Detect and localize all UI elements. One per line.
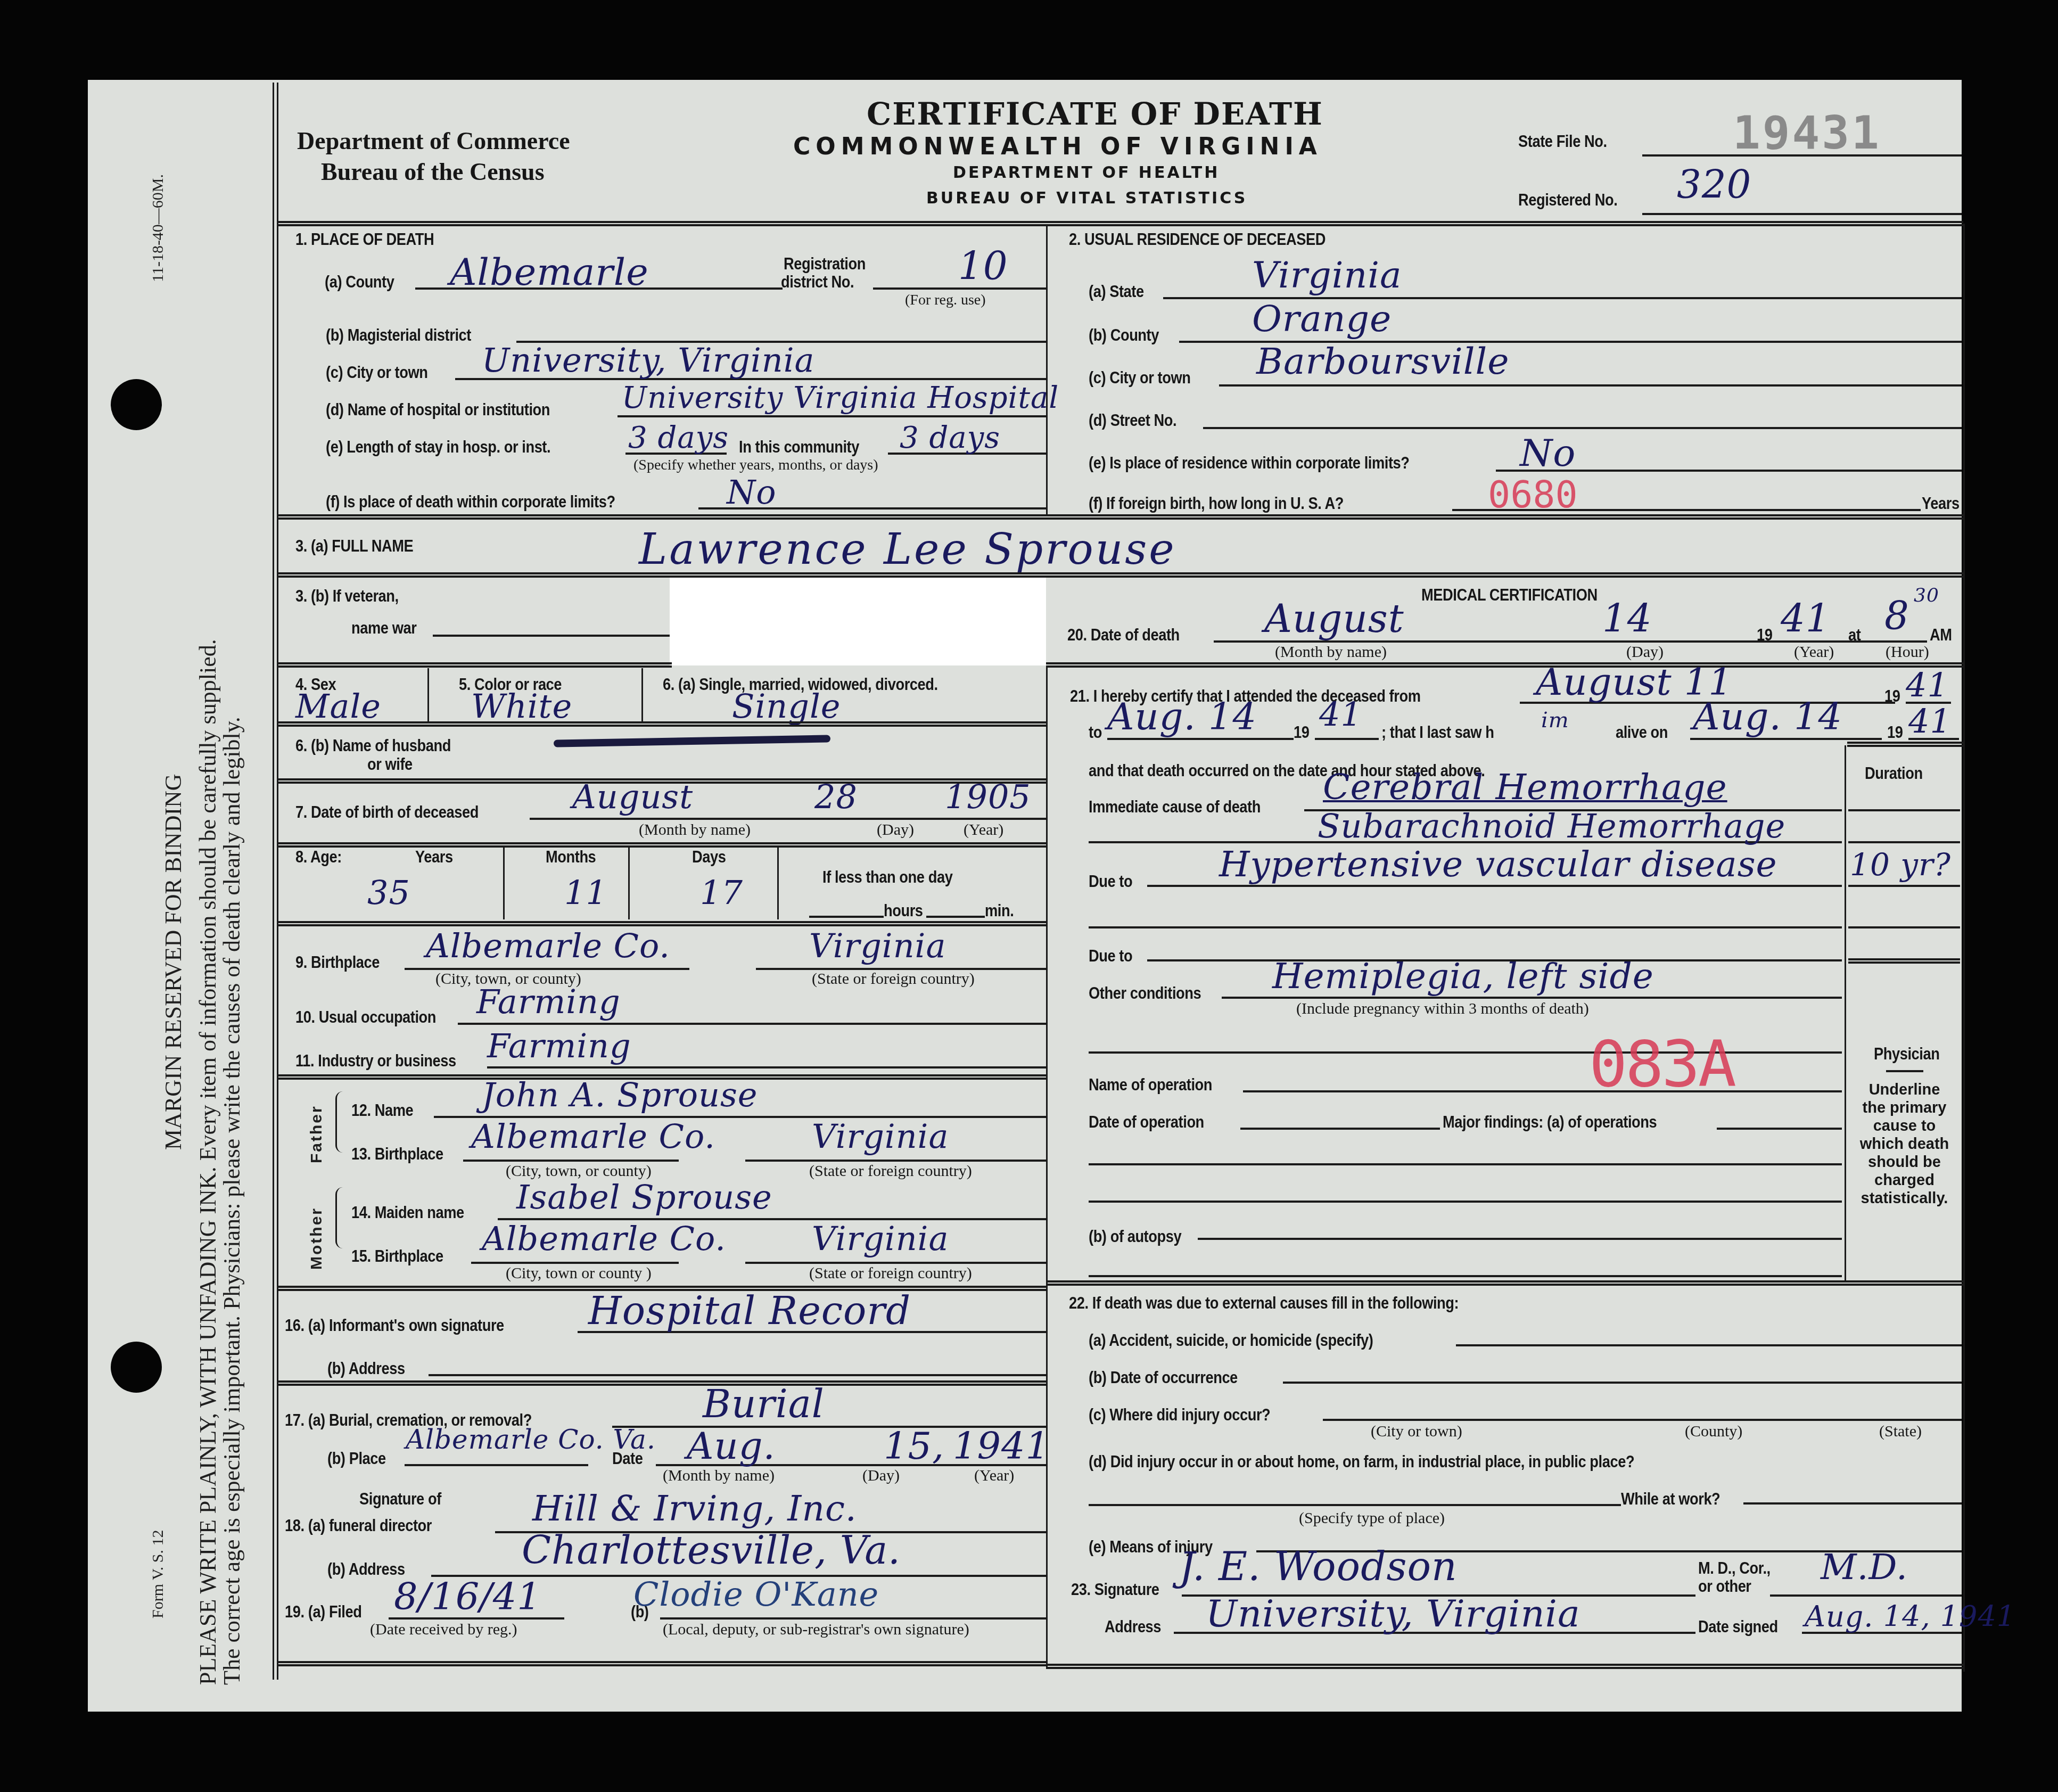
burial-year-note: (Year) xyxy=(974,1467,1014,1485)
burial-month-note: (Month by name) xyxy=(663,1467,775,1485)
res-corporate-label: (e) Is place of residence within corpora… xyxy=(1089,454,1410,473)
stay-community[interactable]: 3 days xyxy=(900,421,1000,455)
header-rule xyxy=(278,221,1963,226)
reg-district-label-1: Registration xyxy=(784,254,866,274)
from-year-prefix: 19 xyxy=(1884,687,1900,706)
death-county[interactable]: Albemarle xyxy=(450,250,649,294)
certifier-signature[interactable]: J. E. Woodson xyxy=(1179,1544,1458,1590)
punch-hole-bottom xyxy=(111,1342,162,1393)
death-city-label: (c) City or town xyxy=(326,363,427,382)
mother-label: Mother xyxy=(308,1207,326,1270)
findings-line-2 xyxy=(1089,1163,1842,1165)
bureau: BUREAU OF VITAL STATISTICS xyxy=(926,189,1247,208)
occupation-line xyxy=(458,1023,1046,1025)
duration-label: Duration xyxy=(1865,764,1923,783)
to-year-line xyxy=(1315,738,1379,740)
father-brace xyxy=(335,1091,344,1153)
pregnancy-note: (Include pregnancy within 3 months of de… xyxy=(1296,1000,1589,1018)
certifier-title-line xyxy=(1770,1594,1962,1597)
dod-at-label: at xyxy=(1848,626,1861,645)
work-label: While at work? xyxy=(1621,1490,1720,1509)
duration-line-3 xyxy=(1848,885,1960,887)
alive-label: alive on xyxy=(1616,723,1668,742)
instruction-line-1: PLEASE WRITE PLAINLY, WITH UNFADING INK.… xyxy=(194,639,221,1685)
age-years-label: Years xyxy=(415,848,453,867)
findings-line-3 xyxy=(1089,1201,1842,1203)
last-saw-label: ; that I last saw h xyxy=(1381,723,1494,742)
filed-label: 19. (a) Filed xyxy=(285,1602,361,1622)
where-state-note: (State) xyxy=(1879,1423,1922,1441)
other-conditions-line xyxy=(1222,997,1842,999)
section-2-rule xyxy=(278,514,1963,520)
mother-name-label: 14. Maiden name xyxy=(351,1203,464,1222)
duration-line-2 xyxy=(1848,841,1960,843)
stay-note: (Specify whether years, months, or days) xyxy=(633,457,878,474)
form-right-border xyxy=(1963,224,1965,1672)
full-name-rule xyxy=(278,572,1963,578)
age-months[interactable]: 11 xyxy=(564,873,607,912)
form-id: Form V. S. 12 xyxy=(149,1530,167,1618)
burial-type[interactable]: Burial xyxy=(703,1382,825,1426)
res-city-label: (c) City or town xyxy=(1089,368,1190,388)
state-file-label: State File No. xyxy=(1518,132,1607,151)
sex-divider xyxy=(427,668,429,721)
autopsy-line xyxy=(1198,1238,1842,1240)
dob-line xyxy=(530,818,1046,820)
funeral-address[interactable]: Charlottesville, Va. xyxy=(522,1528,901,1573)
dob-month[interactable]: August xyxy=(572,777,693,816)
industry-label: 11. Industry or business xyxy=(295,1051,456,1071)
burial-place-line xyxy=(405,1464,588,1466)
race-divider xyxy=(641,668,643,721)
dod-year[interactable]: 41 xyxy=(1781,596,1831,641)
state-file-no: 19431 xyxy=(1733,106,1881,160)
mother-state-note: (State or foreign country) xyxy=(809,1264,972,1283)
certifier-title-label-2: or other xyxy=(1698,1577,1751,1596)
mother-name[interactable]: Isabel Sprouse xyxy=(516,1178,772,1216)
res-county-label: (b) County xyxy=(1089,326,1159,345)
industry-line xyxy=(487,1066,1046,1068)
due-to-line-1 xyxy=(1147,885,1842,887)
certifier-signature-label: 23. Signature xyxy=(1071,1580,1159,1599)
hospital-line xyxy=(618,415,1046,417)
age-divider-1 xyxy=(503,848,505,919)
res-city-line xyxy=(1219,384,1962,387)
date-signed[interactable]: Aug. 14, 1941 xyxy=(1805,1600,2015,1633)
father-name[interactable]: John A. Sprouse xyxy=(482,1075,758,1114)
sex-value[interactable]: Male xyxy=(295,687,381,726)
dob-rule xyxy=(278,842,1046,848)
due-to-1[interactable]: Hypertensive vascular disease xyxy=(1219,844,1777,885)
birthplace-city[interactable]: Albemarle Co. xyxy=(426,926,670,965)
informant-signature-label: 16. (a) Informant's own signature xyxy=(285,1316,504,1335)
death-city[interactable]: University, Virginia xyxy=(482,341,815,380)
stay-label: (e) Length of stay in hosp. or inst. xyxy=(326,438,550,457)
funeral-director[interactable]: Hill & Irving, Inc. xyxy=(532,1488,857,1529)
medical-heading: MEDICAL CERTIFICATION xyxy=(1421,586,1598,605)
instruction-line-2: The correct age is especially important.… xyxy=(218,717,245,1685)
reg-district-no[interactable]: 10 xyxy=(958,244,1008,289)
death-corporate[interactable]: No xyxy=(727,473,777,512)
dod-month-note: (Month by name) xyxy=(1275,643,1387,661)
place-type-note: (Specify type of place) xyxy=(1299,1509,1445,1527)
dod-ampm: AM xyxy=(1930,626,1952,645)
veteran-rule xyxy=(278,662,672,668)
funeral-director-label: 18. (a) funeral director xyxy=(285,1516,432,1535)
form-left-border-inner xyxy=(277,83,278,1680)
dob-year-note: (Year) xyxy=(964,821,1003,839)
full-name[interactable]: Lawrence Lee Sprouse xyxy=(639,524,1176,574)
min-line xyxy=(926,916,985,918)
bottom-rule-left xyxy=(278,1661,1046,1666)
mother-bp-state-line xyxy=(745,1262,1046,1264)
mother-bp-label: 15. Birthplace xyxy=(351,1247,443,1266)
burial-date-month[interactable]: Aug. xyxy=(687,1424,776,1468)
hours-line xyxy=(809,916,884,918)
findings-label: Major findings: (a) of operations xyxy=(1443,1113,1657,1132)
immediate-cause[interactable]: Cerebral Hemorrhage xyxy=(1323,767,1727,808)
place-heading: 1. PLACE OF DEATH xyxy=(295,230,434,249)
magisterial-label: (b) Magisterial district xyxy=(326,326,471,345)
res-street-label: (d) Street No. xyxy=(1089,411,1176,430)
immediate-cause-2[interactable]: Subarachnoid Hemorrhage xyxy=(1318,807,1785,845)
occurrence-label: (b) Date of occurrence xyxy=(1089,1368,1238,1387)
burial-date-year[interactable]: 1941 xyxy=(953,1424,1050,1468)
res-county[interactable]: Orange xyxy=(1252,298,1392,340)
alive-year-prefix: 19 xyxy=(1887,723,1903,742)
hours-label: hours xyxy=(884,901,923,920)
full-name-label: 3. (a) FULL NAME xyxy=(295,537,413,556)
registered-no: 320 xyxy=(1677,162,1751,207)
findings-line xyxy=(1717,1128,1842,1130)
last-saw-pronoun[interactable]: im xyxy=(1541,708,1569,733)
occurrence-line xyxy=(1283,1382,1962,1384)
operation-line xyxy=(1243,1090,1842,1092)
sex-rule xyxy=(278,721,1046,727)
certifier-title[interactable]: M.D. xyxy=(1821,1547,1908,1588)
other-conditions[interactable]: Hemiplegia, left side xyxy=(1272,956,1654,997)
less-day-label: If less than one day xyxy=(822,868,952,887)
duration-divider xyxy=(1845,745,1846,1280)
informant-rule xyxy=(278,1380,1046,1386)
physician-note-title: Physician xyxy=(1874,1045,1939,1064)
registrar-note: (Local, deputy, or sub-registrar's own s… xyxy=(663,1621,969,1639)
medical-bottom-rule xyxy=(1046,1280,1963,1286)
age-divider-2 xyxy=(628,848,630,919)
physician-divider xyxy=(1886,1070,1923,1072)
operation-label: Name of operation xyxy=(1089,1075,1212,1095)
burial-date-label: Date xyxy=(612,1449,643,1468)
where-city-note: (City or town) xyxy=(1371,1423,1462,1441)
autopsy-label: (b) of autopsy xyxy=(1089,1227,1181,1246)
foreign-label: (f) If foreign birth, how long in U. S. … xyxy=(1089,494,1344,513)
work-line xyxy=(1743,1502,1962,1505)
war-label: name war xyxy=(351,619,416,638)
death-corporate-label: (f) Is place of death within corporate l… xyxy=(326,492,615,512)
alive-on[interactable]: Aug. 14 xyxy=(1693,695,1842,738)
operation-date-line xyxy=(1240,1128,1440,1130)
dob-day[interactable]: 28 xyxy=(814,777,858,816)
operation-date-label: Date of operation xyxy=(1089,1113,1204,1132)
from-year[interactable]: 41 xyxy=(1906,665,1949,704)
res-state-label: (a) State xyxy=(1089,282,1144,301)
registered-label: Registered No. xyxy=(1518,191,1617,210)
physician-note: Underline the primary cause to which dea… xyxy=(1858,1081,1951,1207)
due-to-line-1b xyxy=(1089,926,1842,928)
veteran-label: 3. (b) If veteran, xyxy=(295,587,399,606)
dod-hour[interactable]: 8 xyxy=(1884,594,1909,638)
foreign-code-stamp: 0680 xyxy=(1488,473,1578,516)
father-name-label: 12. Name xyxy=(351,1101,413,1120)
burial-day-note: (Day) xyxy=(862,1467,900,1485)
age-days[interactable]: 17 xyxy=(700,873,743,912)
filed-date[interactable]: 8/16/41 xyxy=(394,1575,541,1618)
certifier-address[interactable]: University, Virginia xyxy=(1206,1592,1580,1635)
dod-label: 20. Date of death xyxy=(1067,626,1180,645)
mother-bp-city-line xyxy=(471,1262,679,1264)
father-label: Father xyxy=(308,1105,326,1163)
age-label: 8. Age: xyxy=(295,848,342,867)
residence-heading: 2. USUAL RESIDENCE OF DECEASED xyxy=(1069,230,1326,249)
other-conditions-label: Other conditions xyxy=(1089,984,1201,1003)
binding-note: MARGIN RESERVED FOR BINDING xyxy=(160,774,187,1150)
father-state-note: (State or foreign country) xyxy=(809,1162,972,1180)
place-type-label: (d) Did injury occur in or about home, o… xyxy=(1089,1452,1634,1472)
where-county-note: (County) xyxy=(1685,1423,1742,1441)
res-corporate[interactable]: No xyxy=(1520,431,1576,475)
funeral-address-label: (b) Address xyxy=(327,1560,405,1579)
form-left-border xyxy=(273,83,274,1680)
age-rule xyxy=(278,921,1046,926)
war-line xyxy=(433,635,670,637)
dod-minutes[interactable]: 30 xyxy=(1914,585,1939,606)
jurisdiction: COMMONWEALTH OF VIRGINIA xyxy=(793,133,1322,160)
reg-district-label-2: district No. xyxy=(781,273,854,292)
father-bp-city[interactable]: Albemarle Co. xyxy=(471,1117,715,1156)
federal-dept-line2: Bureau of the Census xyxy=(321,158,545,186)
stay-hospital[interactable]: 3 days xyxy=(628,421,729,455)
date-signed-label: Date signed xyxy=(1698,1617,1778,1637)
redacted-area xyxy=(670,578,1046,665)
certificate-title: CERTIFICATE OF DEATH xyxy=(867,96,1323,132)
res-state[interactable]: Virginia xyxy=(1252,254,1402,297)
due-to-1-duration[interactable]: 10 yr? xyxy=(1850,846,1951,883)
due-to-label-2: Due to xyxy=(1089,947,1132,966)
alive-year[interactable]: 41 xyxy=(1908,702,1952,741)
registered-line xyxy=(1642,213,1962,215)
spouse-label-2: or wife xyxy=(367,755,413,774)
to-year-prefix: 19 xyxy=(1294,723,1309,742)
occupation-label: 10. Usual occupation xyxy=(295,1008,436,1027)
duration-line-1 xyxy=(1848,809,1960,811)
accident-line xyxy=(1456,1344,1962,1346)
mother-bp-state[interactable]: Virginia xyxy=(812,1219,949,1258)
industry[interactable]: Farming xyxy=(487,1026,631,1065)
top-section-divider xyxy=(1046,226,1048,516)
registrar-signature[interactable]: Clodie O'Kane xyxy=(633,1575,879,1614)
hospital-name[interactable]: University Virginia Hospital xyxy=(622,381,1059,415)
informant-address-label: (b) Address xyxy=(327,1359,405,1378)
age-months-label: Months xyxy=(546,848,596,867)
birthplace-state[interactable]: Virginia xyxy=(809,926,946,965)
dod-hour-note: (Hour) xyxy=(1886,643,1929,661)
birthplace-state-note: (State or foreign country) xyxy=(812,970,975,988)
res-street-line xyxy=(1203,427,1962,429)
immediate-label: Immediate cause of death xyxy=(1089,798,1261,817)
dod-month[interactable]: August xyxy=(1264,596,1404,641)
county-label: (a) County xyxy=(325,273,394,292)
place-type-line xyxy=(1089,1504,1621,1506)
dod-day[interactable]: 14 xyxy=(1602,596,1652,641)
age-days-label: Days xyxy=(692,848,726,867)
mother-brace xyxy=(335,1187,344,1248)
father-bp-state-line xyxy=(745,1160,1046,1162)
to-year[interactable]: 41 xyxy=(1319,695,1362,734)
duration-top-rule xyxy=(1847,742,1963,747)
dob-year[interactable]: 1905 xyxy=(945,777,1031,816)
father-bp-city-line xyxy=(463,1160,679,1162)
informant-signature[interactable]: Hospital Record xyxy=(588,1288,911,1333)
main-section-divider xyxy=(1046,665,1048,1669)
dod-day-note: (Day) xyxy=(1626,643,1664,661)
dob-label: 7. Date of birth of deceased xyxy=(295,803,479,822)
dod-year-prefix: 19 xyxy=(1757,626,1772,645)
father-bp-label: 13. Birthplace xyxy=(351,1145,443,1164)
dod-year-note: (Year) xyxy=(1794,643,1834,661)
certifier-address-label: Address xyxy=(1105,1617,1161,1637)
to-label: to xyxy=(1089,723,1102,742)
marital-value[interactable]: Single xyxy=(732,687,841,726)
dob-day-note: (Day) xyxy=(877,821,914,839)
duration-line-4 xyxy=(1848,926,1960,928)
age-divider-3 xyxy=(777,848,779,919)
dod-rule xyxy=(1046,662,1963,668)
years-label: Years xyxy=(1922,494,1960,513)
attended-to[interactable]: Aug. 14 xyxy=(1107,695,1257,738)
burial-place-label: (b) Place xyxy=(327,1449,386,1468)
where-label: (c) Where did injury occur? xyxy=(1089,1405,1270,1425)
duration-line-5 xyxy=(1848,958,1960,964)
registrar-line xyxy=(660,1617,1046,1620)
where-line xyxy=(1323,1419,1962,1421)
spouse-label-1: 6. (b) Name of husband xyxy=(295,736,451,755)
mother-bp-city[interactable]: Albemarle Co. xyxy=(482,1219,726,1258)
funeral-sig-label: Signature of xyxy=(359,1490,441,1509)
dob-month-note: (Month by name) xyxy=(639,821,751,839)
filed-date-note: (Date received by reg.) xyxy=(370,1621,517,1639)
mother-city-note: (City, town or county ) xyxy=(506,1264,652,1283)
federal-dept-line1: Department of Commerce xyxy=(297,127,570,155)
birthplace-label: 9. Birthplace xyxy=(295,953,380,972)
accident-label: (a) Accident, suicide, or homicide (spec… xyxy=(1089,1331,1373,1350)
external-heading: 22. If death was due to external causes … xyxy=(1069,1294,1459,1313)
race-value[interactable]: White xyxy=(471,687,572,726)
age-years[interactable]: 35 xyxy=(367,873,410,912)
print-code: 11-18-40—60M. xyxy=(149,174,167,282)
father-bp-state[interactable]: Virginia xyxy=(812,1117,949,1156)
bottom-rule-right xyxy=(1046,1664,1963,1669)
punch-hole-top xyxy=(111,379,162,430)
certifier-title-label-1: M. D., Cor., xyxy=(1698,1559,1771,1578)
informant-address-line xyxy=(429,1374,1046,1376)
community-label: In this community xyxy=(739,438,859,457)
due-to-label-1: Due to xyxy=(1089,872,1132,891)
autopsy-line-2 xyxy=(1089,1275,1842,1277)
res-city[interactable]: Barboursville xyxy=(1256,341,1510,383)
occupation[interactable]: Farming xyxy=(476,982,621,1021)
burial-date-day[interactable]: 15, xyxy=(884,1424,944,1468)
min-label: min. xyxy=(985,901,1014,920)
reg-use-note: (For reg. use) xyxy=(905,292,986,309)
department: DEPARTMENT OF HEALTH xyxy=(953,163,1220,182)
hospital-label: (d) Name of hospital or institution xyxy=(326,400,550,420)
